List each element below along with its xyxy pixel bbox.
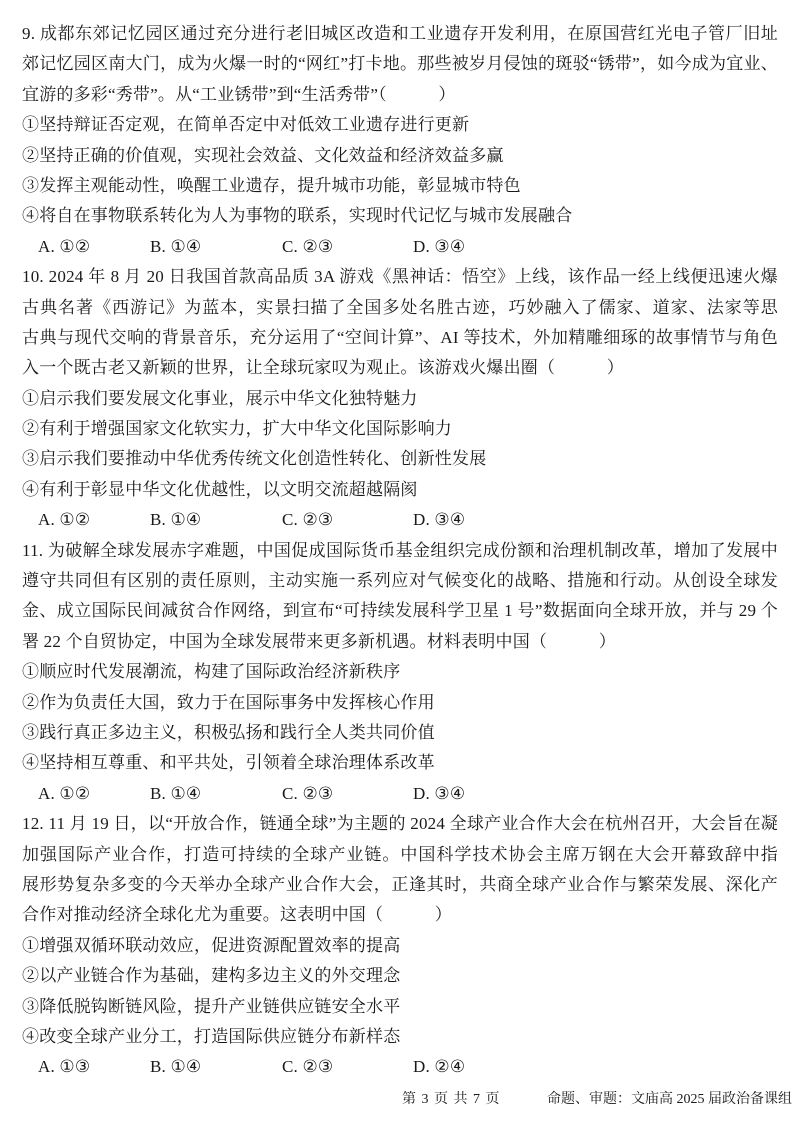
option-line-3: ③启示我们要推动中华优秀传统文化创造性转化、创新性发展	[22, 444, 778, 474]
choices-row: A. ①③ B. ①④ C. ②③ D. ②④	[22, 1052, 778, 1082]
stem-line: 合作对推动经济全球化尤为重要。这表明中国（ ）	[22, 900, 778, 930]
choice-c: C. ②③	[282, 232, 333, 262]
choice-c: C. ②③	[282, 505, 333, 535]
stem-line: 11. 为破解全球发展赤字难题，中国促成国际货币基金组织完成份额和治理机制改革，…	[22, 536, 778, 566]
option-line-2: ②有利于增强国家文化软实力，扩大中华文化国际影响力	[22, 414, 778, 444]
option-line-2: ②坚持正确的价值观，实现社会效益、文化效益和经济效益多赢	[22, 141, 778, 171]
stem-line: 加强国际产业合作，打造可持续的全球产业链。中国科学技术协会主席万钢在大会开幕致辞…	[22, 840, 778, 870]
option-line-4: ④改变全球产业分工，打造国际供应链分布新样态	[22, 1022, 778, 1052]
footer-attribution: 命题、审题：文庙高 2025 届政治备课组	[547, 1089, 792, 1111]
choices-row: A. ①② B. ①④ C. ②③ D. ③④	[22, 779, 778, 809]
stem-line: 宜游的多彩“秀带”。从“工业锈带”到“生活秀带”（ ）	[22, 80, 778, 110]
stem-line: 金、成立国际民间减贫合作网络，到宣布“可持续发展科学卫星 1 号”数据面向全球开…	[22, 596, 778, 626]
choice-b: B. ①④	[150, 779, 201, 809]
page-footer: 第 3 页 共 7 页 命题、审题：文庙高 2025 届政治备课组	[0, 1089, 800, 1111]
stem-line: 署 22 个自贸协定，中国为全球发展带来更多新机遇。材料表明中国（ ）	[22, 627, 778, 657]
question-10: 10. 2024 年 8 月 20 日我国首款高品质 3A 游戏《黑神话：悟空》…	[22, 262, 778, 536]
question-12: 12. 11 月 19 日，以“开放合作，链通全球”为主题的 2024 全球产业…	[22, 809, 778, 1083]
choice-d: D. ③④	[413, 232, 465, 262]
choice-b: B. ①④	[150, 232, 201, 262]
choice-c: C. ②③	[282, 1052, 333, 1082]
choices-row: A. ①② B. ①④ C. ②③ D. ③④	[22, 505, 778, 535]
choice-d: D. ③④	[413, 505, 465, 535]
choice-a: A. ①③	[38, 1052, 90, 1082]
option-line-3: ③降低脱钩断链风险，提升产业链供应链安全水平	[22, 992, 778, 1022]
option-line-4: ④将自在事物联系转化为人为事物的联系，实现时代记忆与城市发展融合	[22, 201, 778, 231]
stem-line: 展形势复杂多变的今天举办全球产业合作大会，正逢其时，共商全球产业合作与繁荣发展、…	[22, 870, 778, 900]
stem-line: 古典与现代交响的背景音乐，充分运用了“空间计算”、AI 等技术，外加精雕细琢的故…	[22, 323, 778, 353]
option-line-1: ①启示我们要发展文化事业，展示中华文化独特魅力	[22, 384, 778, 414]
option-line-1: ①坚持辩证否定观，在简单否定中对低效工业遗存进行更新	[22, 110, 778, 140]
option-line-4: ④坚持相互尊重、和平共处，引领着全球治理体系改革	[22, 748, 778, 778]
option-line-3: ③发挥主观能动性，唤醒工业遗存，提升城市功能，彰显城市特色	[22, 171, 778, 201]
choices-row: A. ①② B. ①④ C. ②③ D. ③④	[22, 232, 778, 262]
option-line-2: ②作为负责任大国，致力于在国际事务中发挥核心作用	[22, 688, 778, 718]
choice-c: C. ②③	[282, 779, 333, 809]
option-line-3: ③践行真正多边主义，积极弘扬和践行全人类共同价值	[22, 718, 778, 748]
choice-d: D. ②④	[413, 1052, 465, 1082]
choice-a: A. ①②	[38, 779, 90, 809]
stem-line: 遵守共同但有区别的责任原则，主动实施一系列应对气候变化的战略、措施和行动。从创设…	[22, 566, 778, 596]
stem-line: 郊记忆园区南大门，成为火爆一时的“网红”打卡地。那些被岁月侵蚀的斑驳“锈带”，如…	[22, 49, 778, 79]
choice-b: B. ①④	[150, 505, 201, 535]
option-line-4: ④有利于彰显中华文化优越性，以文明交流超越隔阂	[22, 475, 778, 505]
option-line-1: ①增强双循环联动效应，促进资源配置效率的提高	[22, 931, 778, 961]
stem-line: 9. 成都东郊记忆园区通过充分进行老旧城区改造和工业遗存开发利用，在原国营红光电…	[22, 19, 778, 49]
option-line-1: ①顺应时代发展潮流，构建了国际政治经济新秩序	[22, 657, 778, 687]
question-9: 9. 成都东郊记忆园区通过充分进行老旧城区改造和工业遗存开发利用，在原国营红光电…	[22, 19, 778, 262]
question-11: 11. 为破解全球发展赤字难题，中国促成国际货币基金组织完成份额和治理机制改革，…	[22, 536, 778, 810]
choice-d: D. ③④	[413, 779, 465, 809]
stem-line: 古典名著《西游记》为蓝本，实景扫描了全国多处名胜古迹，巧妙融入了儒家、道家、法家…	[22, 293, 778, 323]
choice-a: A. ①②	[38, 232, 90, 262]
stem-line: 入一个既古老又新颖的世界，让全球玩家叹为观止。该游戏火爆出圈（ ）	[22, 353, 778, 383]
stem-line: 12. 11 月 19 日，以“开放合作，链通全球”为主题的 2024 全球产业…	[22, 809, 778, 839]
option-line-2: ②以产业链合作为基础，建构多边主义的外交理念	[22, 961, 778, 991]
choice-a: A. ①②	[38, 505, 90, 535]
page-number: 第 3 页 共 7 页	[402, 1089, 501, 1111]
choice-b: B. ①④	[150, 1052, 201, 1082]
exam-page: 9. 成都东郊记忆园区通过充分进行老旧城区改造和工业遗存开发利用，在原国营红光电…	[0, 0, 800, 1083]
stem-line: 10. 2024 年 8 月 20 日我国首款高品质 3A 游戏《黑神话：悟空》…	[22, 262, 778, 292]
